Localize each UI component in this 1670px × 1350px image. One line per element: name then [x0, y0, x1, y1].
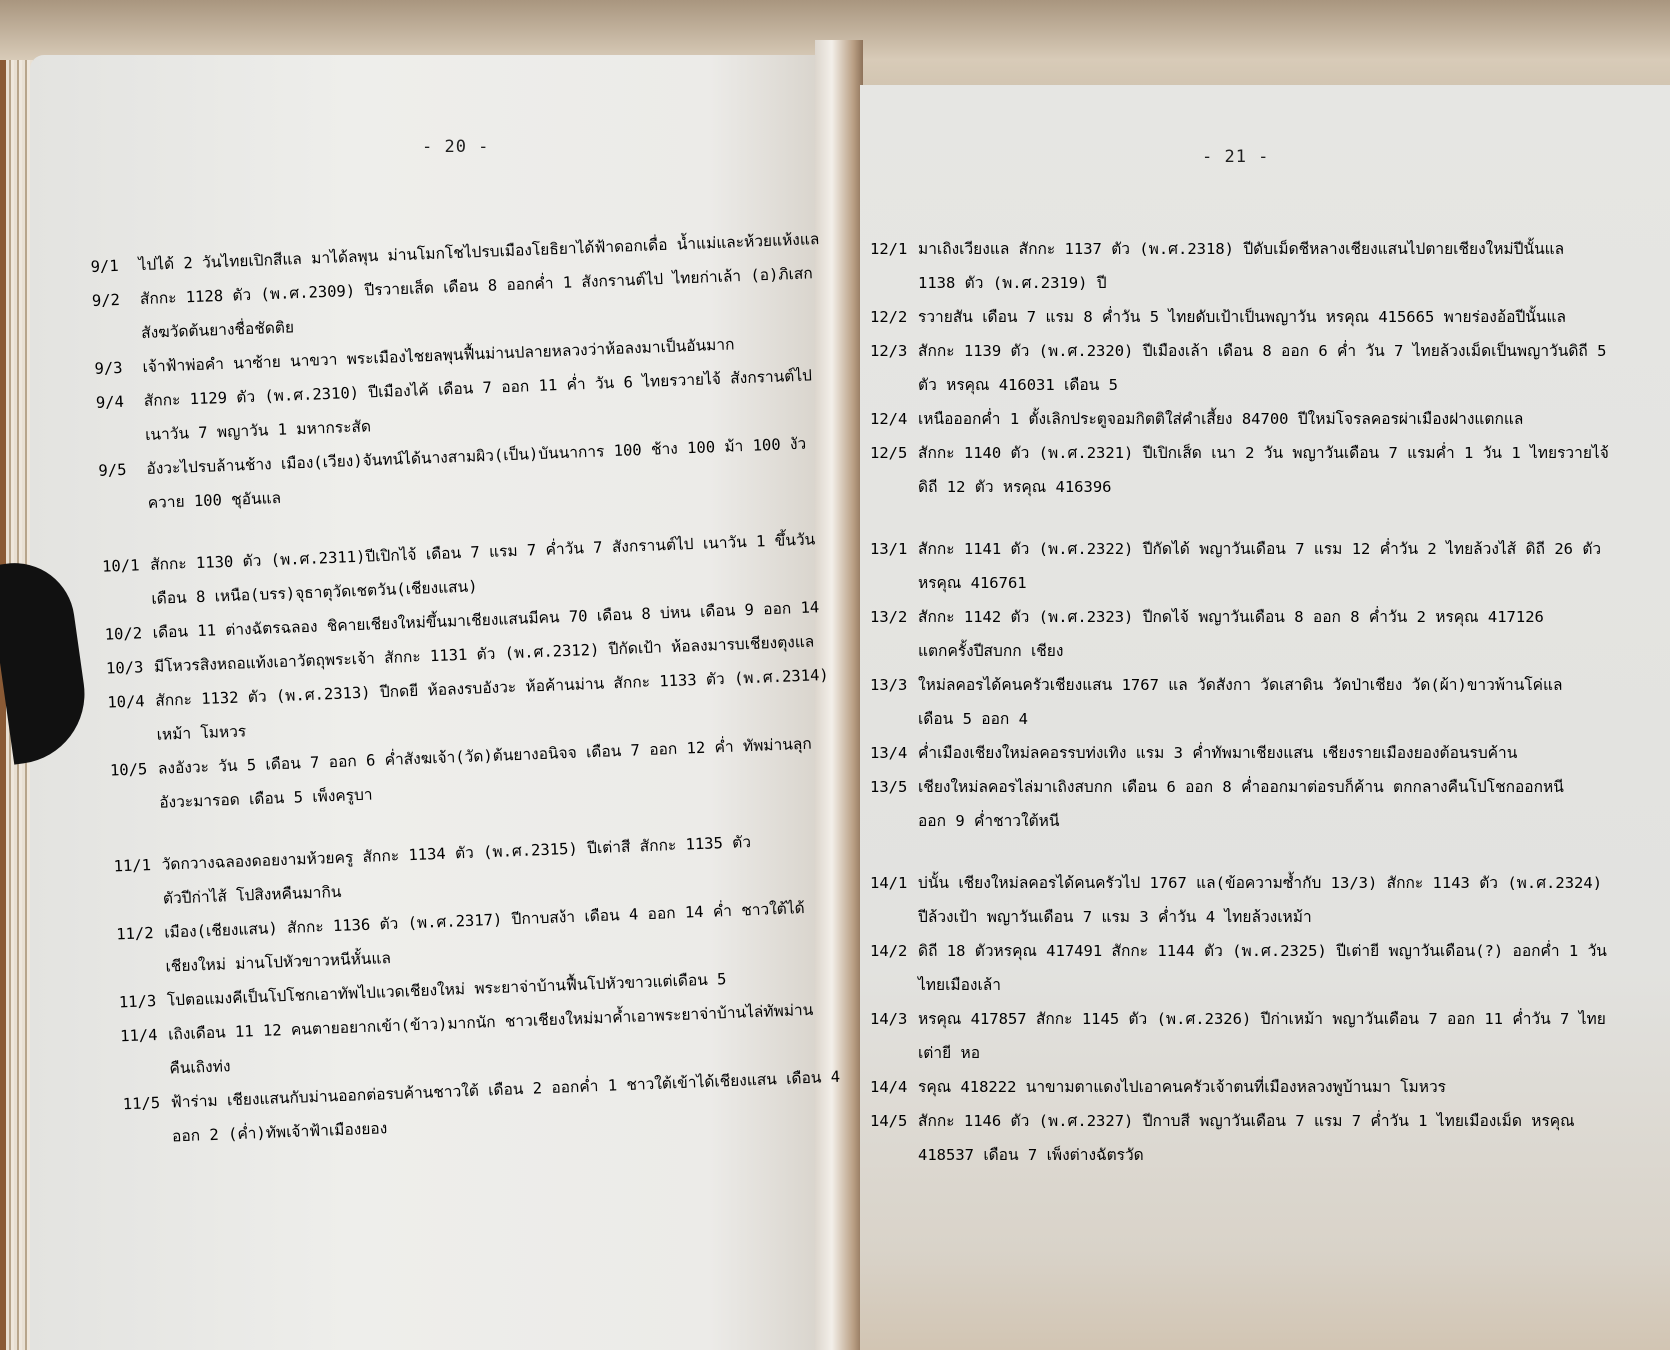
page-number-right: - 21 -: [1202, 147, 1269, 167]
entry-text: มาเถิงเวียงแล สักกะ 1137 ตัว (พ.ศ.2318) …: [918, 232, 1610, 266]
entry-line: 13/4ค่ำเมืองเชียงใหม่ลคอรรบท่งเทิง แรม 3…: [870, 736, 1610, 770]
entry-text: บ่นั้น เชียงใหม่ลคอรได้คนครัวไป 1767 แล(…: [918, 866, 1602, 900]
entry-number: 10/2: [104, 616, 153, 652]
entry-text: เชียงใหม่ลคอรไล่มาเถิงสบกก เดือน 6 ออก 8…: [918, 770, 1564, 804]
entry-text: ไทยเมืองเล้า: [918, 968, 1001, 1002]
entry-number: 12/3: [870, 334, 918, 368]
entry-number: 10/4: [107, 684, 156, 720]
entry-continuation-line: แตกครั้งปีสบกก เชียง: [870, 634, 1610, 668]
entry-line: 12/3สักกะ 1139 ตัว (พ.ศ.2320) ปีเมืองเล้…: [870, 334, 1610, 368]
entry-number: 13/5: [870, 770, 918, 804]
entry-number: 14/3: [870, 1002, 918, 1036]
entry-text: ค่ำเมืองเชียงใหม่ลคอรรบท่งเทิง แรม 3 ค่ำ…: [918, 736, 1517, 770]
left-page-entries: 9/1ไปได้ 2 วันไทยเปิกสีแล มาได้ลพุน ม่าน…: [90, 222, 864, 1156]
entry-line: 13/3ใหม่ลคอรได้คนครัวเชียงแสน 1767 แล วั…: [870, 668, 1610, 702]
entry-line: 12/4เหนือออกค่ำ 1 ตั้งเลิกประตูจอมกิตติใ…: [870, 402, 1610, 436]
entry-text: แตกครั้งปีสบกก เชียง: [918, 634, 1063, 668]
entry-line: 12/1มาเถิงเวียงแล สักกะ 1137 ตัว (พ.ศ.23…: [870, 232, 1610, 266]
entry-number: 14/4: [870, 1070, 918, 1104]
entry-line: 14/4รคุณ 418222 นาขามตาแดงไปเอาคนครัวเจ้…: [870, 1070, 1610, 1104]
entry-text: เหนือออกค่ำ 1 ตั้งเลิกประตูจอมกิตติใส่คำ…: [918, 402, 1523, 436]
entry-number: 12/5: [870, 436, 918, 470]
entry-continuation-line: ออก 9 ค่ำชาวใต้หนี: [870, 804, 1610, 838]
entry-line: 14/5สักกะ 1146 ตัว (พ.ศ.2327) ปีกาบสี พญ…: [870, 1104, 1610, 1138]
entry-text: ควาย 100 ชุอันแล: [147, 481, 282, 520]
entry-number: 10/3: [105, 650, 154, 686]
entry-line: 13/5เชียงใหม่ลคอรไล่มาเถิงสบกก เดือน 6 อ…: [870, 770, 1610, 804]
section-gap: [870, 504, 1610, 532]
entry-text: ปีล้วงเป้า พญาวันเดือน 7 แรม 3 ค่ำวัน 4 …: [918, 900, 1312, 934]
entry-text: เต่ายี หอ: [918, 1036, 980, 1070]
entry-continuation-line: ตัว หรคุณ 416031 เดือน 5: [870, 368, 1610, 402]
entry-continuation-line: 1138 ตัว (พ.ศ.2319) ปี: [870, 266, 1610, 300]
entry-line: 12/5สักกะ 1140 ตัว (พ.ศ.2321) ปีเปิกเส็ด…: [870, 436, 1610, 470]
right-page-entries: 12/1มาเถิงเวียงแล สักกะ 1137 ตัว (พ.ศ.23…: [870, 232, 1610, 1172]
entry-continuation-line: เต่ายี หอ: [870, 1036, 1610, 1070]
entry-text: ใหม่ลคอรได้คนครัวเชียงแสน 1767 แล วัดสัง…: [918, 668, 1563, 702]
entry-text: เดือน 5 ออก 4: [918, 702, 1028, 736]
entry-number: 11/1: [113, 848, 162, 884]
entry-text: รวายสัน เดือน 7 แรม 8 ค่ำวัน 5 ไทยดับเป้…: [918, 300, 1566, 334]
entry-number: 13/4: [870, 736, 918, 770]
entry-text: สักกะ 1146 ตัว (พ.ศ.2327) ปีกาบสี พญาวัน…: [918, 1104, 1575, 1138]
entry-text: หรคุณ 417857 สักกะ 1145 ตัว (พ.ศ.2326) ป…: [918, 1002, 1606, 1036]
entry-line: 14/3หรคุณ 417857 สักกะ 1145 ตัว (พ.ศ.232…: [870, 1002, 1610, 1036]
entry-number: 12/2: [870, 300, 918, 334]
entry-number: 11/3: [118, 984, 167, 1020]
entry-number: 11/5: [122, 1086, 171, 1122]
entry-number: 9/2: [91, 282, 140, 318]
entry-number: 10/5: [109, 752, 158, 788]
entry-number: 14/2: [870, 934, 918, 968]
entry-number: 9/5: [98, 452, 147, 488]
entry-text: หรคุณ 416761: [918, 566, 1027, 600]
entry-number: 12/4: [870, 402, 918, 436]
entry-line: 12/2รวายสัน เดือน 7 แรม 8 ค่ำวัน 5 ไทยดั…: [870, 300, 1610, 334]
entry-continuation-line: ดิถี 12 ตัว หรคุณ 416396: [870, 470, 1610, 504]
entry-text: ดิถี 12 ตัว หรคุณ 416396: [918, 470, 1112, 504]
entry-text: ออก 9 ค่ำชาวใต้หนี: [918, 804, 1059, 838]
entry-text: 418537 เดือน 7 เพ็งต่างฉัตรวัด: [918, 1138, 1144, 1172]
entry-number: 10/1: [102, 548, 151, 584]
entry-text: ดิถี 18 ตัวหรคุณ 417491 สักกะ 1144 ตัว (…: [918, 934, 1610, 968]
entry-number: 11/4: [120, 1018, 169, 1054]
entry-continuation-line: เดือน 5 ออก 4: [870, 702, 1610, 736]
entry-line: 13/2สักกะ 1142 ตัว (พ.ศ.2323) ปีกดไจ้ พญ…: [870, 600, 1610, 634]
entry-number: 13/2: [870, 600, 918, 634]
entry-text: สักกะ 1141 ตัว (พ.ศ.2322) ปีกัดได้ พญาวั…: [918, 532, 1601, 566]
entry-text: สักกะ 1139 ตัว (พ.ศ.2320) ปีเมืองเล้า เด…: [918, 334, 1606, 368]
entry-text: รคุณ 418222 นาขามตาแดงไปเอาคนครัวเจ้าตนท…: [918, 1070, 1446, 1104]
entry-text: คืนเถิงท่ง: [169, 1049, 231, 1085]
entry-text: สักกะ 1140 ตัว (พ.ศ.2321) ปีเปิกเส็ด เนา…: [918, 436, 1609, 470]
entry-number: 12/1: [870, 232, 918, 266]
entry-continuation-line: ไทยเมืองเล้า: [870, 968, 1610, 1002]
section-gap: [870, 838, 1610, 866]
page-number-left: - 20 -: [422, 137, 489, 157]
entry-number: 13/3: [870, 668, 918, 702]
entry-text: 1138 ตัว (พ.ศ.2319) ปี: [918, 266, 1107, 300]
entry-number: 14/1: [870, 866, 918, 900]
entry-text: สักกะ 1142 ตัว (พ.ศ.2323) ปีกดไจ้ พญาวัน…: [918, 600, 1610, 634]
entry-line: 14/2ดิถี 18 ตัวหรคุณ 417491 สักกะ 1144 ต…: [870, 934, 1610, 968]
entry-continuation-line: 418537 เดือน 7 เพ็งต่างฉัตรวัด: [870, 1138, 1610, 1172]
entry-text: เหม้า โมหวร: [156, 714, 247, 751]
entry-continuation-line: ปีล้วงเป้า พญาวันเดือน 7 แรม 3 ค่ำวัน 4 …: [870, 900, 1610, 934]
entry-line: 14/1บ่นั้น เชียงใหม่ลคอรได้คนครัวไป 1767…: [870, 866, 1610, 900]
entry-number: 9/1: [90, 248, 139, 284]
entry-number: 9/4: [95, 384, 144, 420]
entry-text: ตัว หรคุณ 416031 เดือน 5: [918, 368, 1118, 402]
entry-number: 14/5: [870, 1104, 918, 1138]
entry-continuation-line: หรคุณ 416761: [870, 566, 1610, 600]
entry-line: 13/1สักกะ 1141 ตัว (พ.ศ.2322) ปีกัดได้ พ…: [870, 532, 1610, 566]
entry-number: 9/3: [94, 350, 143, 386]
entry-number: 13/1: [870, 532, 918, 566]
entry-number: 11/2: [116, 916, 165, 952]
